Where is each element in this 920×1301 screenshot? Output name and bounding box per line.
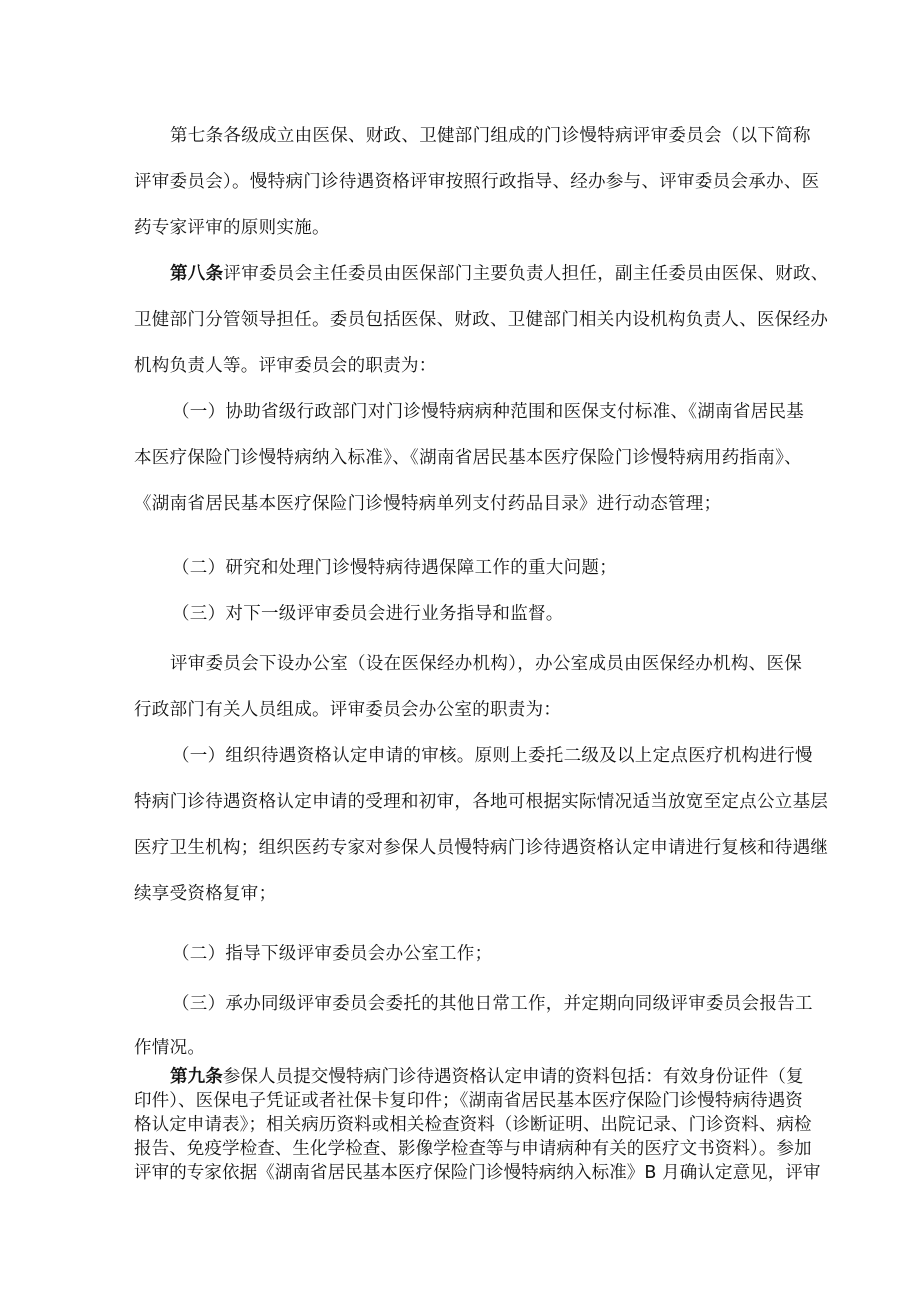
text-line: （三）承办同级评审委员会委托的其他日常工作，并定期向同级评审委员会报告工 bbox=[172, 993, 813, 1015]
text-line: 格认定申请表》；相关病历资料或相关检查资料（诊断证明、出院记录、门诊资料、病检 bbox=[134, 1114, 812, 1136]
article-heading: 第九条 bbox=[170, 1067, 223, 1087]
text-line: 第七条各级成立由医保、财政、卫健部门组成的门诊慢特病评审委员会（以下简称 bbox=[170, 125, 811, 147]
text-line: 药专家评审的原则实施。 bbox=[134, 217, 330, 239]
text-line: 续享受资格复审； bbox=[134, 883, 276, 905]
text-line: 本医疗保险门诊慢特病纳入标准》、《湖南省居民基本医疗保险门诊慢特病用药指南》、 bbox=[134, 447, 802, 469]
text-line: （一）协助省级行政部门对门诊慢特病病种范围和医保支付标准、《湖南省居民基 bbox=[172, 401, 804, 423]
text-line: 机构负责人等。评审委员会的职责为： bbox=[134, 355, 437, 377]
text-line: 作情况。 bbox=[134, 1037, 205, 1059]
text-line: 医疗卫生机构；组织医药专家对参保人员慢特病门诊待遇资格认定申请进行复核和待遇继 bbox=[134, 837, 828, 859]
text-line: 行政部门有关人员组成。评审委员会办公室的职责为： bbox=[134, 699, 561, 721]
article-heading: 第八条 bbox=[170, 264, 223, 284]
text-line: 《湖南省居民基本医疗保险门诊慢特病单列支付药品目录》进行动态管理； bbox=[134, 493, 721, 515]
text-line: （一）组织待遇资格认定申请的审核。原则上委托二级及以上定点医疗机构进行慢 bbox=[172, 745, 813, 767]
text-line: 报告、免疫学检查、生化学检查、影像学检查等与申请病种有关的医疗文书资料）。参加 bbox=[134, 1138, 812, 1160]
text-line: 评审委员会）。慢特病门诊待遇资格评审按照行政指导、经办参与、评审委员会承办、医 bbox=[134, 171, 819, 193]
text-line: （三）对下一级评审委员会进行业务指导和监督。 bbox=[172, 603, 564, 625]
text-line: 评审的专家依据《湖南省居民基本医疗保险门诊慢特病纳入标准》B 月确认定意见，评审 bbox=[134, 1162, 821, 1184]
text-line: 特病门诊待遇资格认定申请的受理和初审，各地可根据实际情况适当放宽至定点公立基层 bbox=[134, 791, 828, 813]
text-span: 评审委员会主任委员由医保部门主要负责人担任，副主任委员由医保、财政、 bbox=[223, 264, 828, 284]
text-span: 参保人员提交慢特病门诊待遇资格认定申请的资料包括：有效身份证件（复 bbox=[223, 1067, 804, 1087]
text-line: （二）研究和处理门诊慢特病待遇保障工作的重大问题； bbox=[172, 557, 617, 579]
text-line: 第八条评审委员会主任委员由医保部门主要负责人担任，副主任委员由医保、财政、 bbox=[170, 263, 829, 285]
text-line: 第九条参保人员提交慢特病门诊待遇资格认定申请的资料包括：有效身份证件（复 bbox=[170, 1066, 804, 1088]
text-line: （二）指导下级评审委员会办公室工作； bbox=[172, 943, 492, 965]
text-line: 印件）、医保电子凭证或者社保卡复印件；《湖南省居民基本医疗保险门诊慢特病待遇资 bbox=[134, 1090, 803, 1112]
document-page: 第七条各级成立由医保、财政、卫健部门组成的门诊慢特病评审委员会（以下简称 评审委… bbox=[0, 0, 920, 1301]
text-line: 卫健部门分管领导担任。委员包括医保、财政、卫健部门相关内设机构负责人、医保经办 bbox=[134, 309, 828, 331]
text-line: 评审委员会下设办公室（设在医保经办机构），办公室成员由医保经办机构、医保 bbox=[170, 653, 802, 675]
